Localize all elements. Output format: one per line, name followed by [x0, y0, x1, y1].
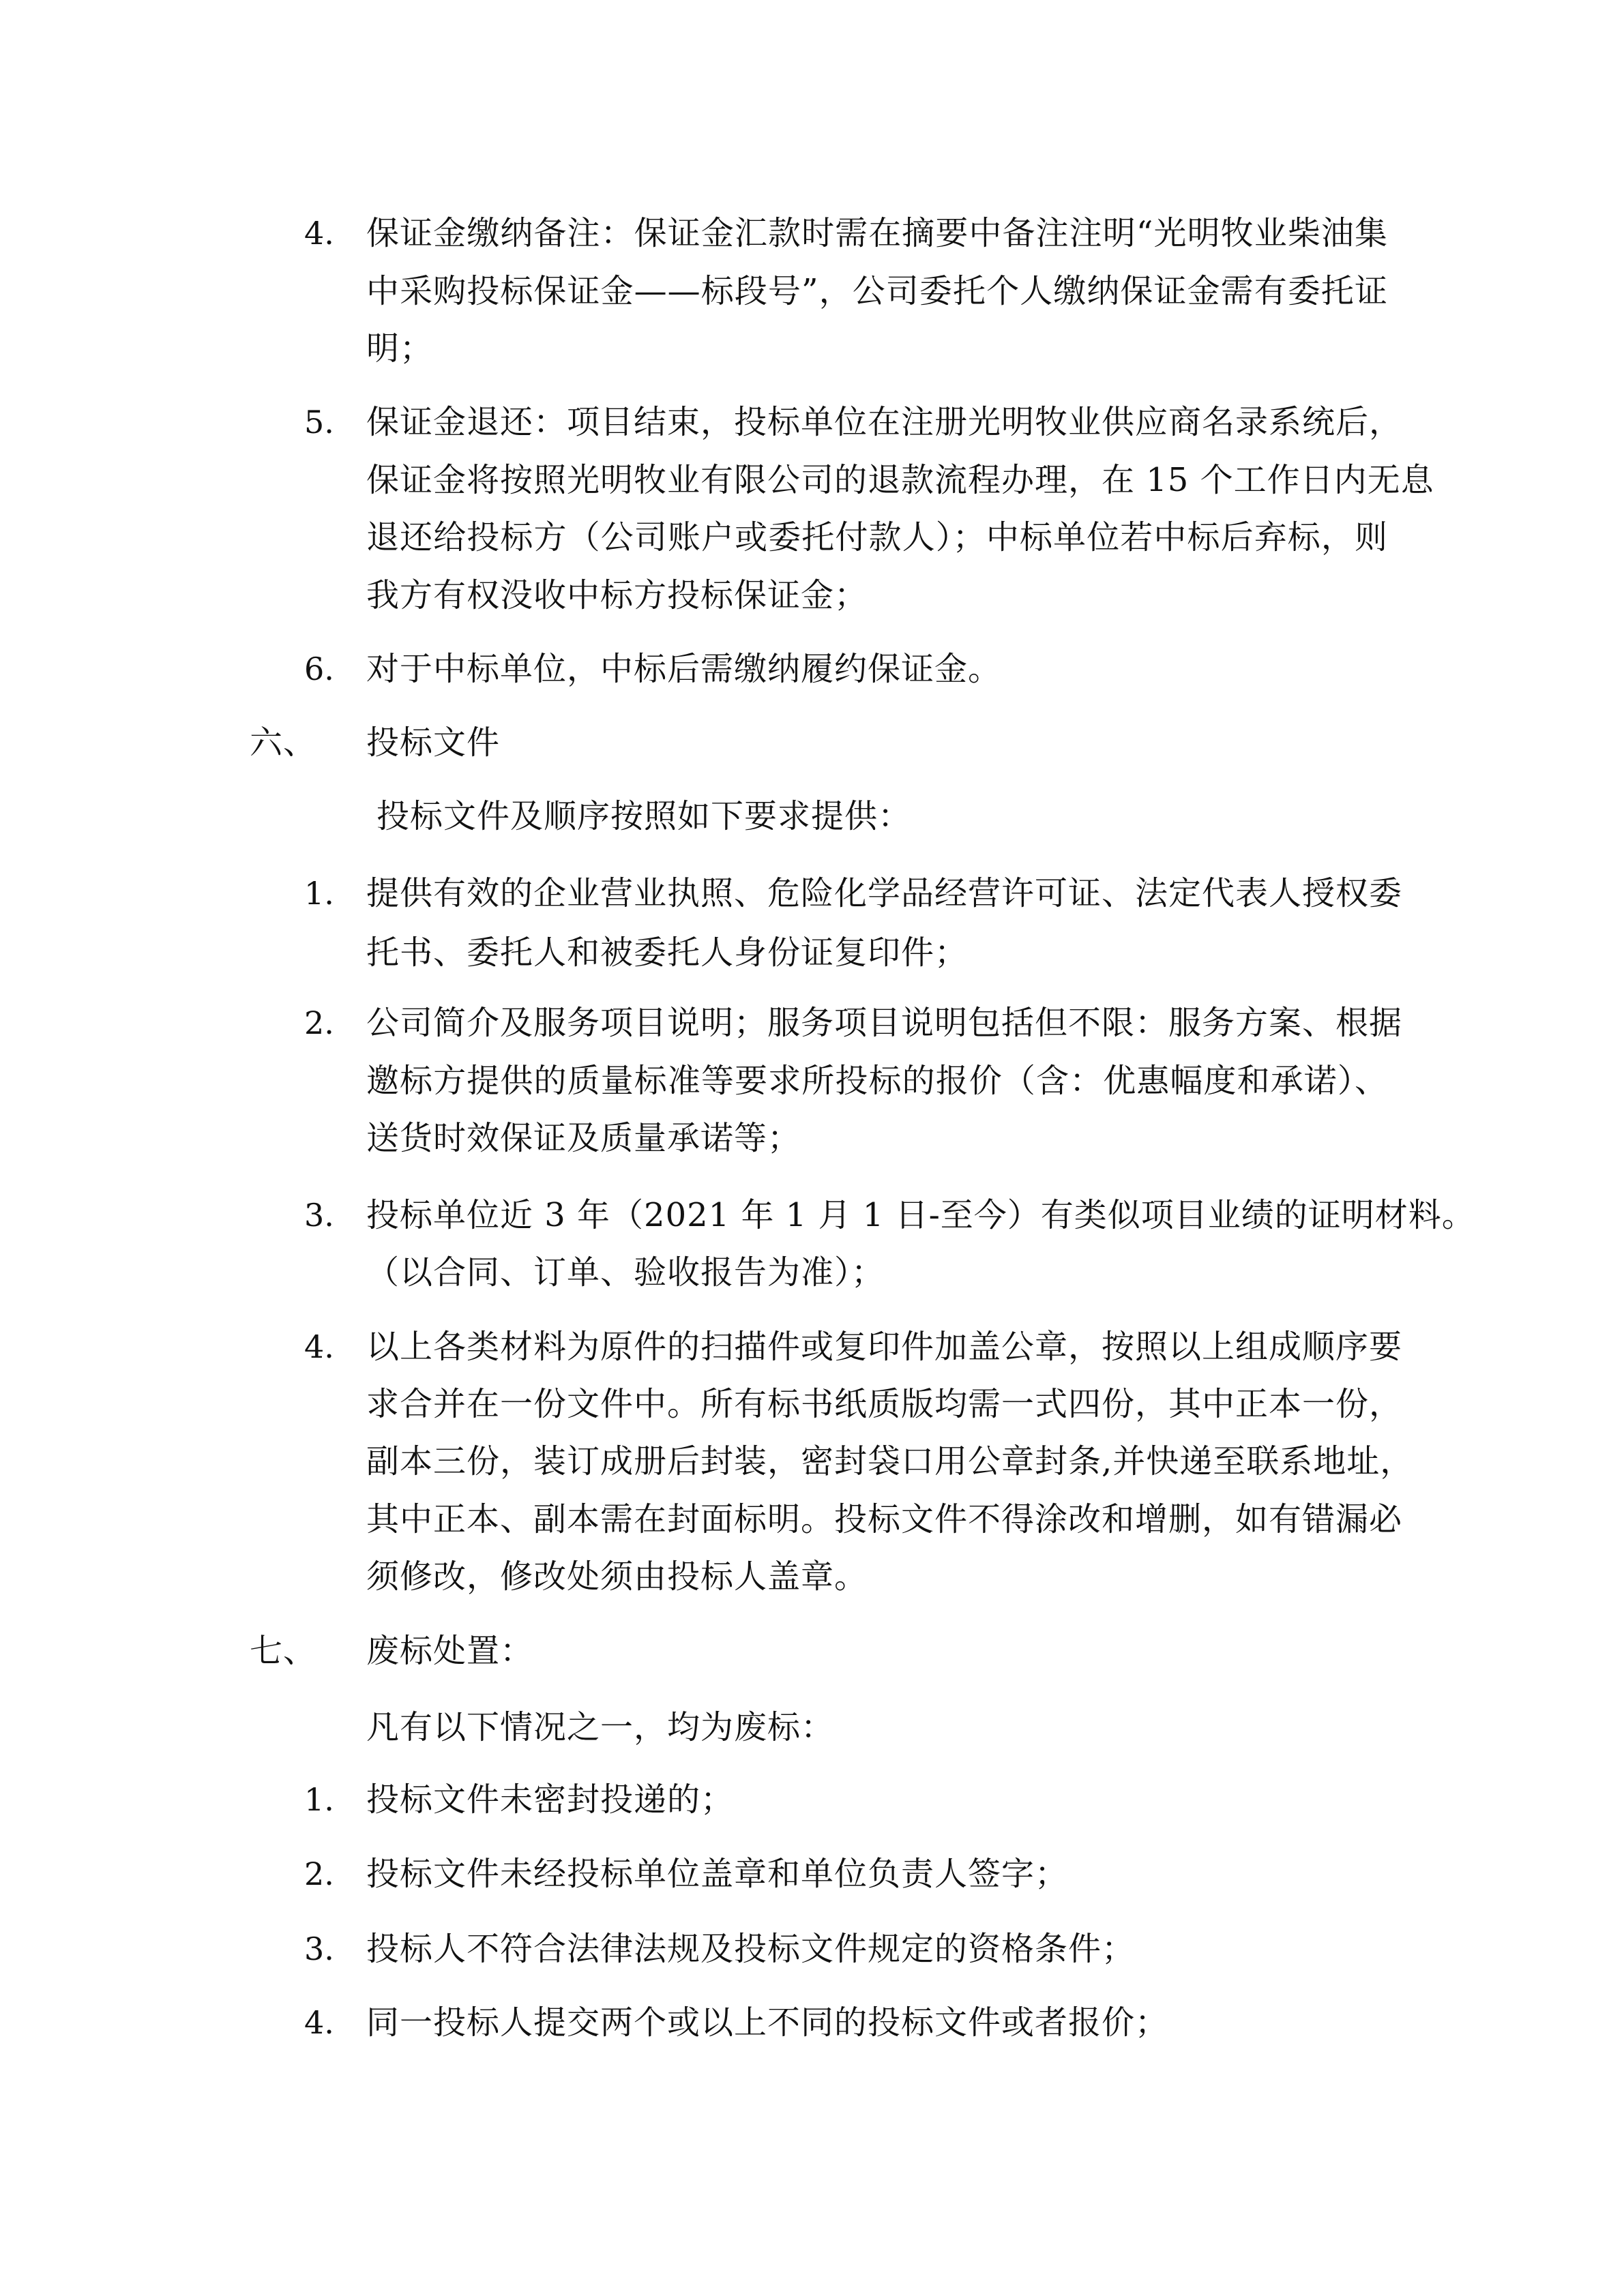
section-marker: 六、 [250, 722, 316, 763]
item-text-line: 副本三份，装订成册后封装，密封袋口用公章封条,并快递至联系地址， [366, 1441, 1388, 1482]
item-text-line: 保证金缴纳备注：保证金汇款时需在摘要中备注注明“光明牧业柴油集 [366, 213, 1388, 254]
item-number: 4. [304, 213, 334, 254]
item-number: 3. [304, 1195, 334, 1236]
item-number: 1. [304, 1779, 334, 1820]
item-number: 2. [304, 1853, 334, 1894]
item-text-line: 保证金将按照光明牧业有限公司的退款流程办理，在 15 个工作日内无息 [366, 460, 1388, 501]
item-text-line: 投标人不符合法律法规及投标文件规定的资格条件； [366, 1928, 1135, 1969]
item-number: 4. [304, 1326, 334, 1367]
item-text-line: 投标文件未密封投递的； [366, 1779, 734, 1820]
item-text-line: 求合并在一份文件中。所有标书纸质版均需一式四份，其中正本一份， [366, 1384, 1388, 1425]
item-text-line: 明； [366, 328, 433, 369]
section-title: 投标文件 [366, 722, 500, 763]
item-number: 3. [304, 1928, 334, 1969]
item-text-line: 投标文件未经投标单位盖章和单位负责人签字； [366, 1853, 1068, 1894]
item-text-line: 同一投标人提交两个或以上不同的投标文件或者报价； [366, 2002, 1168, 2043]
section-intro: 凡有以下情况之一，均为废标： [366, 1707, 834, 1748]
section-title: 废标处置： [366, 1630, 533, 1671]
item-text-line: 我方有权没收中标方投标保证金； [366, 575, 868, 616]
item-number: 2. [304, 1002, 334, 1043]
item-number: 5. [304, 402, 334, 443]
item-text-line: 送货时效保证及质量承诺等； [366, 1118, 801, 1159]
item-text-line: （以合同、订单、验收报告为准）； [366, 1252, 885, 1293]
item-number: 1. [304, 873, 334, 914]
item-number: 6. [304, 648, 334, 689]
item-text-line: 以上各类材料为原件的扫描件或复印件加盖公章，按照以上组成顺序要 [366, 1326, 1388, 1367]
item-text-line: 退还给投标方（公司账户或委托付款人）；中标单位若中标后弃标，则 [366, 517, 1388, 558]
item-text-line: 须修改，修改处须由投标人盖章。 [366, 1556, 868, 1597]
item-text-line: 对于中标单位，中标后需缴纳履约保证金。 [366, 648, 1001, 689]
section-marker: 七、 [250, 1630, 316, 1671]
item-text-line: 保证金退还：项目结束，投标单位在注册光明牧业供应商名录系统后， [366, 402, 1388, 443]
item-text-line: 公司简介及服务项目说明；服务项目说明包括但不限：服务方案、根据 [366, 1002, 1388, 1043]
item-number: 4. [304, 2002, 334, 2043]
section-intro: 投标文件及顺序按照如下要求提供： [377, 796, 911, 837]
item-text-line: 邀标方提供的质量标准等要求所投标的报价（含：优惠幅度和承诺）、 [366, 1060, 1388, 1101]
item-text-line: 中采购投标保证金——标段号”，公司委托个人缴纳保证金需有委托证 [366, 271, 1388, 312]
item-text-line: 提供有效的企业营业执照、危险化学品经营许可证、法定代表人授权委 [366, 873, 1388, 914]
item-text-line: 托书、委托人和被委托人身份证复印件； [366, 932, 968, 973]
item-text-line: 其中正本、副本需在封面标明。投标文件不得涂改和增删，如有错漏必 [366, 1499, 1388, 1540]
item-text-line: 投标单位近 3 年（2021 年 1 月 1 日-至今）有类似项目业绩的证明材料… [366, 1195, 1388, 1236]
